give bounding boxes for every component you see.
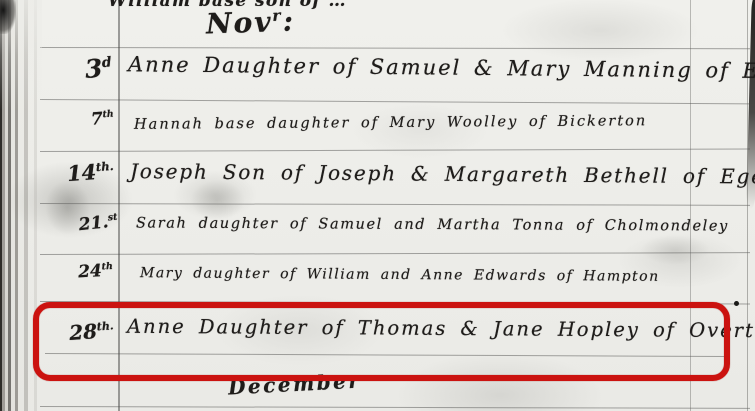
highlight-annotation-box xyxy=(33,302,730,381)
ruled-line xyxy=(40,406,750,409)
entry-text: Mary daughter of William and Anne Edward… xyxy=(140,265,660,285)
ruled-line xyxy=(40,252,750,255)
binding-corner-mark xyxy=(0,0,16,34)
ruled-line xyxy=(40,99,750,104)
ruled-line xyxy=(40,149,750,152)
month-heading-flourish: : xyxy=(282,4,295,37)
month-heading-superscript: r xyxy=(272,7,283,25)
entry-day: 7th xyxy=(59,108,114,132)
entry-day: 14th. xyxy=(53,158,115,187)
entry-day: 24th xyxy=(57,261,114,284)
entry-day: 3d xyxy=(57,53,113,87)
ink-dot xyxy=(734,301,739,306)
paper-smudge xyxy=(640,235,710,265)
ruled-line xyxy=(40,47,750,49)
entry-text: Anne Daughter of Samuel & Mary Manning o… xyxy=(128,52,755,83)
ruled-line xyxy=(40,203,750,206)
entry-day: 21.st xyxy=(63,211,119,237)
register-page-scan: William base son of … Novr: 3d Anne Daug… xyxy=(0,0,755,411)
month-heading: Novr: xyxy=(205,4,295,40)
entry-text: Joseph Son of Joseph & Margareth Bethell… xyxy=(130,159,755,189)
month-heading-text: Nov xyxy=(205,5,273,40)
entry-text: Hannah base daughter of Mary Woolley of … xyxy=(134,113,647,133)
paper-smudge xyxy=(190,180,245,220)
entry-text: Sarah daughter of Samuel and Martha Tonn… xyxy=(136,215,729,234)
